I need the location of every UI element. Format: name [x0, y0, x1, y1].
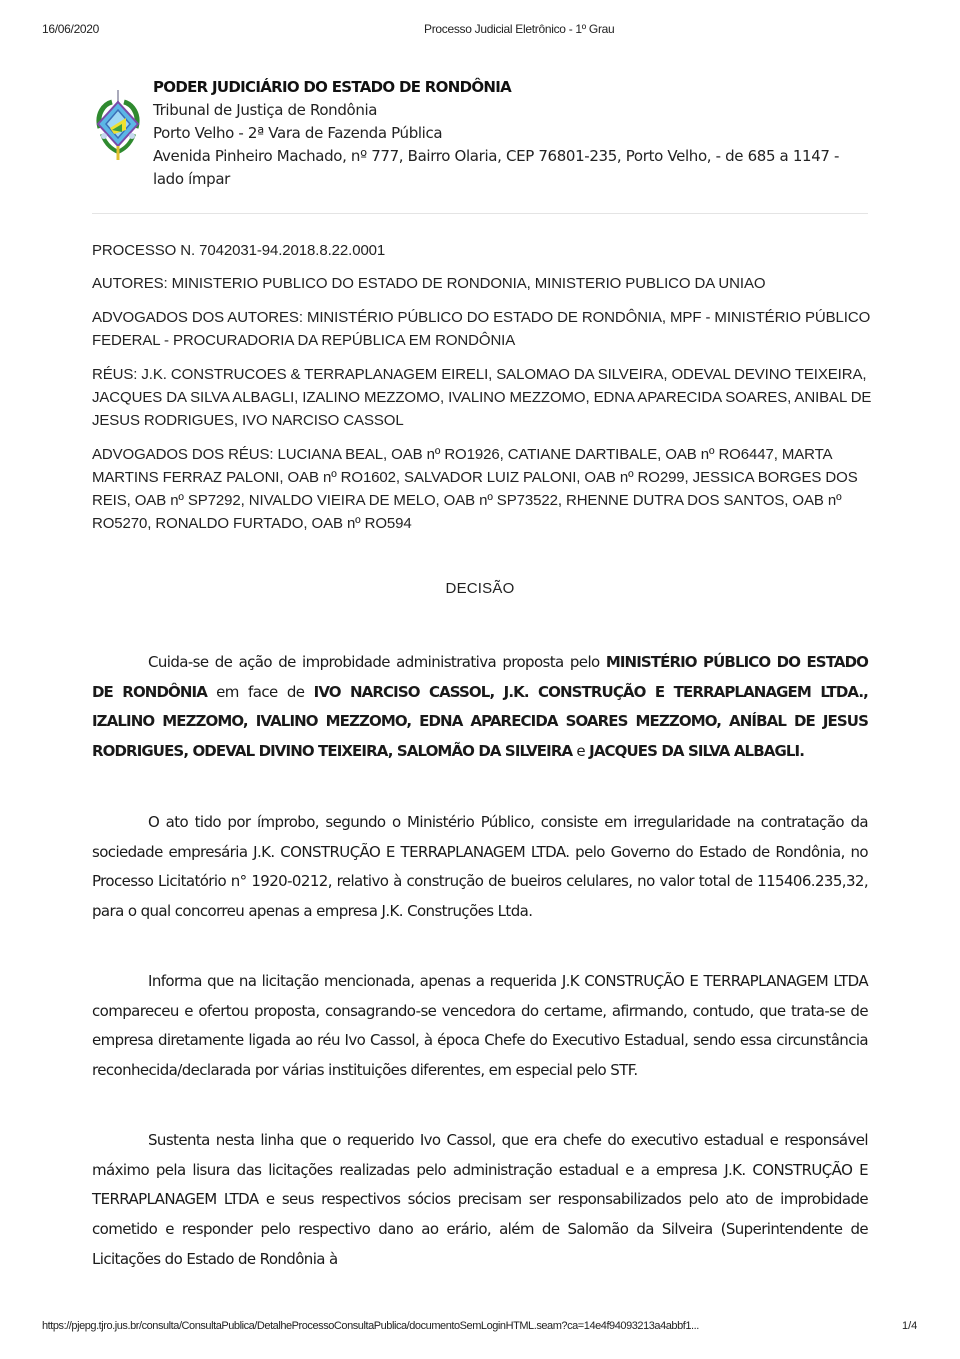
court-address: Avenida Pinheiro Machado, nº 777, Bairro… [153, 145, 839, 168]
paragraph-text: Informa que na licitação mencionada, ape… [92, 972, 868, 1079]
paragraph-1: Cuida-se de ação de improbidade administ… [92, 648, 868, 767]
paragraph-3: Informa que na licitação mencionada, ape… [92, 967, 868, 1086]
print-header: 16/06/2020 Processo Judicial Eletrônico … [0, 22, 960, 42]
print-date: 16/06/2020 [42, 22, 99, 36]
print-page-title: Processo Judicial Eletrônico - 1º Grau [424, 22, 614, 36]
vara-name: Porto Velho - 2ª Vara de Fazenda Pública [153, 122, 839, 145]
tribunal-name: Tribunal de Justiça de Rondônia [153, 99, 839, 122]
paragraph-text: Cuida-se de ação de improbidade administ… [148, 653, 606, 671]
source-url: https://pjepg.tjro.jus.br/consulta/Consu… [42, 1320, 699, 1332]
paragraph-2: O ato tido por ímprobo, segundo o Minist… [92, 808, 868, 927]
bold-defendant: JACQUES DA SILVA ALBAGLI. [589, 742, 804, 760]
plaintiffs: AUTORES: MINISTERIO PUBLICO DO ESTADO DE… [92, 272, 872, 295]
court-address-cont: lado ímpar [153, 168, 839, 191]
process-number: PROCESSO N. 7042031-94.2018.8.22.0001 [92, 239, 872, 262]
paragraph-text: em face de [207, 683, 314, 701]
plaintiffs-lawyers: ADVOGADOS DOS AUTORES: MINISTÉRIO PÚBLIC… [92, 306, 872, 352]
defendants: RÉUS: J.K. CONSTRUCOES & TERRAPLANAGEM E… [92, 363, 872, 432]
court-name: PODER JUDICIÁRIO DO ESTADO DE RONDÔNIA [153, 76, 839, 99]
header-separator [92, 213, 868, 214]
paragraph-text: Sustenta nesta linha que o requerido Ivo… [92, 1131, 868, 1268]
paragraph-4: Sustenta nesta linha que o requerido Ivo… [92, 1126, 868, 1275]
page-counter: 1/4 [902, 1320, 917, 1332]
defendants-lawyers: ADVOGADOS DOS RÉUS: LUCIANA BEAL, OAB nº… [92, 443, 872, 535]
paragraph-text: O ato tido por ímprobo, segundo o Minist… [92, 813, 868, 920]
paragraph-text: e [572, 742, 589, 760]
coat-of-arms-icon [92, 90, 144, 162]
decision-heading: DECISÃO [0, 580, 960, 597]
